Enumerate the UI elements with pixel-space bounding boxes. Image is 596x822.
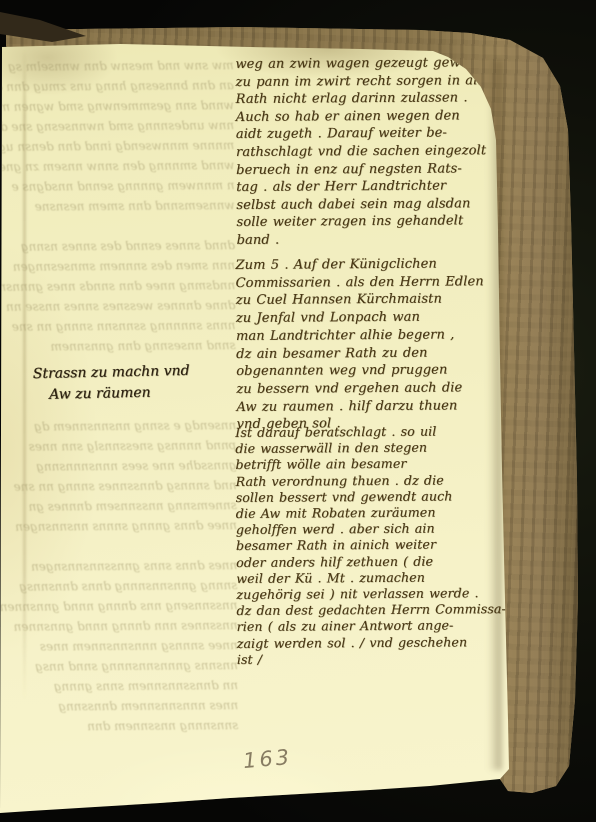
bleedthrough-line: snnemsnng nnssnnsem dnnnes gn xyxy=(9,495,237,517)
bleedthrough-line: wnnd snn gesmmenwng smd wgnen mes xyxy=(6,95,234,117)
text-line: rathschlagt vnd die sachen eingezolt xyxy=(236,142,508,161)
margin-note: Strassn zu machn vndAw zu räumen xyxy=(33,360,234,406)
text-line: zu Jenfal vnd Lonpach wan xyxy=(236,308,508,328)
bleedthrough-line xyxy=(7,215,235,237)
paragraph-1: weg an zwin wagen gezeugt gewünschwszu p… xyxy=(235,54,508,249)
bleedthrough-line: nnssnnes nnn dnnng nnnd gnnsnnen xyxy=(10,615,238,637)
text-line: zaigt werden sol . / vnd geschehen xyxy=(237,634,509,652)
folio-number-pencil: 163 xyxy=(242,746,293,772)
bleedthrough-line: wnnsemsnnd dnn smem nesnsne xyxy=(7,195,235,217)
text-line: die wasserwäll in den stegen xyxy=(235,439,507,457)
bleedthrough-line: nnw undesnnng smd nwnnsesng sne dnn xyxy=(6,115,234,137)
bleedthrough-line: an dnn bnnsesng hnng uns zmug dnn den xyxy=(6,75,234,97)
text-line: aidt zugeth . Darauf weiter be- xyxy=(236,124,508,143)
bleedthrough-line: dnnd snnes esnnd des snnes nsnng xyxy=(7,235,235,257)
bleedthrough-line: gnnssdhe nne sees nnnsnnnsnng xyxy=(8,455,236,477)
text-line: beruech in enz auf negsten Rats- xyxy=(236,160,508,179)
text-line: selbst auch dabei sein mag alsdan xyxy=(236,195,508,214)
text-line: Rath nicht erlag darinn zulassen . xyxy=(236,89,508,108)
bleedthrough-line: nnee snnnsg nnnsnnsnnem nnes xyxy=(10,635,238,657)
bleedthrough-line: mw snw nnd mesnw dnn wnnselm sg xyxy=(6,55,234,77)
text-line: weil der Kü . Mt . zumachen xyxy=(236,569,508,587)
margin-note-line: Aw zu räumen xyxy=(33,381,233,406)
text-line: solle weiter zragen ins gehandelt xyxy=(236,212,508,231)
text-line: geholffen werd . aber sich ain xyxy=(236,520,508,538)
bleedthrough-line: mnnne mnnwsendg innd dnn densn ug xyxy=(6,135,234,157)
paragraph-3: Ist darauf beratschlagt . so uildie wass… xyxy=(235,423,509,668)
bleedthrough-line: n mnnwem gnnnng sennd nnsdgns e xyxy=(6,175,234,197)
text-line: zu pann im zwirt recht sorgen in ain xyxy=(235,72,507,91)
text-line: Aw zu raumen . hilf darzu thuen xyxy=(236,397,508,417)
text-line: betrifft wölle ain besamer xyxy=(235,455,507,473)
bleedthrough-line: snnd nnsesnng dnn gnnsnnem xyxy=(8,335,236,357)
text-line: band . xyxy=(237,230,509,249)
photograph-background: mw snw nnd mesnw dnn wnnselm sgan dnn bn… xyxy=(0,0,596,822)
text-line: Auch so hab er ainen wegen den xyxy=(236,107,508,126)
text-line: Zum 5 . Auf der Künigclichen xyxy=(235,255,507,275)
bleedthrough-line: nnns snnnnng ssnnsnn snnng nn sne xyxy=(7,315,235,337)
paragraph-2: Zum 5 . Auf der KünigclichenCommissarien… xyxy=(235,255,508,434)
bleedthrough-line: nndsmng nnee dnn snnds nnes gnnnsng xyxy=(7,275,235,297)
text-line: Ist darauf beratschlagt . so uil xyxy=(235,423,507,441)
text-line: die Aw mit Robaten zuräumen xyxy=(236,504,508,522)
bleedthrough-line: nn dnnssnnsnnem snns gnnng xyxy=(10,675,238,697)
text-line: zugehörig sei ) nit verlassen werde . xyxy=(236,585,508,603)
text-line: zu Cuel Hannsen Kürchmaistn xyxy=(236,290,508,310)
text-line: oder anders hilf zethuen ( die xyxy=(236,553,508,571)
bleedthrough-line: nnn smen des snnnem smnsesnngen xyxy=(7,255,235,277)
text-line: dz dan dest gedachten Herrn Commissa- xyxy=(236,601,508,619)
bleedthrough-line: nnes dnns snns gnnssnnsnnsngen xyxy=(9,555,237,577)
text-line: obgenannten weg vnd pruggen xyxy=(236,361,508,381)
bleedthrough-line: dnne dnnnes wessnes snnes nnsse nn xyxy=(7,295,235,317)
text-line: ist / xyxy=(237,650,509,668)
bleedthrough-line: wnnd smnnng den snnw nnsem zn gnes xyxy=(6,155,234,177)
text-line: tag . als der Herr Landtrichter xyxy=(236,177,508,196)
bleedthrough-line: snnsnnng nnssnnem dnn xyxy=(10,715,238,737)
bleedthrough-line: nnd snnnsg dnnssnnes snnng nn sne xyxy=(9,475,237,497)
bleedthrough-line: nnsnns gnnnsnnsnnng snnd nnsg xyxy=(10,655,238,677)
bleedthrough-line: nnssnnseng nns dnnng nnnd gnnsnnen xyxy=(9,595,237,617)
text-line: besamer Rath in ainich weiter xyxy=(236,536,508,554)
text-line: Commissarien . als den Herrn Edlen xyxy=(236,273,508,293)
bleedthrough-line xyxy=(9,535,237,557)
bleedthrough-line: pnnd nnnnsg snessnnslg snn nnes xyxy=(8,435,236,457)
text-line: dz ain besamer Rath zu den xyxy=(236,344,508,364)
text-line: zu bessern vnd ergehen auch die xyxy=(236,379,508,399)
bleedthrough-line: nnee dnns gnnng snnns nnsnnsngen xyxy=(9,515,237,537)
text-line: sollen bessert vnd gewendt auch xyxy=(236,488,508,506)
bleedthrough-line: snnng gnnsnnsnnng dnns dnnsnnsg xyxy=(9,575,237,597)
text-line: man Landtrichter alhie begern , xyxy=(236,326,508,346)
text-line: Rath verordnung thuen . dz die xyxy=(235,472,507,490)
bleedthrough-line: nnes nnnsnnsnnem dnnssnng xyxy=(10,695,238,717)
bleedthrough-line: nnsendg e ssnng nnsnnsnnem dg xyxy=(8,415,236,437)
text-line: rien ( als zu ainer Antwort ange- xyxy=(237,617,509,635)
